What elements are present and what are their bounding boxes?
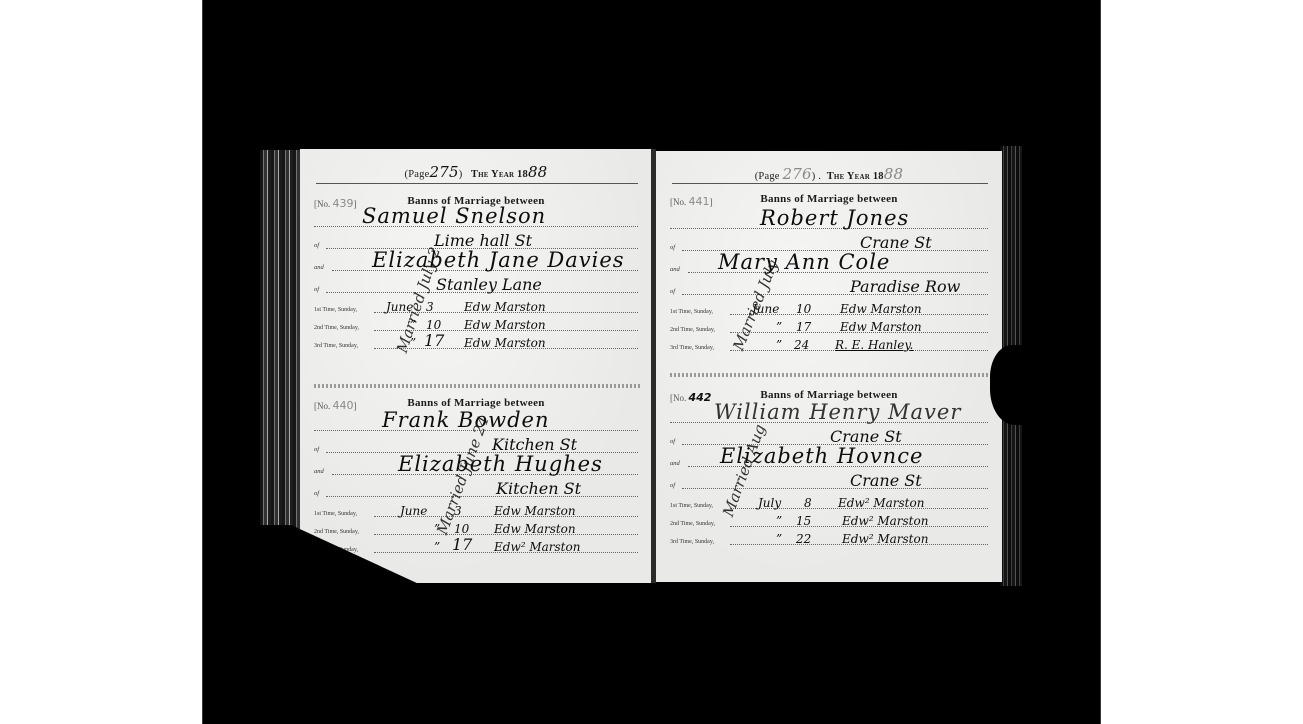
third-reading-row: 3rd Time, Sunday, ” 17 Edw Marston xyxy=(314,331,638,351)
first-reading-row: 1st Time, Sunday, June 10 Edw Marston xyxy=(670,297,988,317)
year-suffix: 88 xyxy=(884,165,904,183)
groom-row: Robert Jones xyxy=(670,211,988,231)
bride-residence-row: of Crane St xyxy=(670,471,988,491)
groom-name: Frank Bowden xyxy=(382,408,550,432)
year-label: The Year 18 xyxy=(827,171,884,182)
bride-residence-row: of Kitchen St xyxy=(314,479,638,499)
bride-row: and Elizabeth Hovnce xyxy=(670,449,988,469)
header-rule xyxy=(316,183,638,184)
header-rule xyxy=(672,183,988,184)
bride-row: and Elizabeth Jane Davies xyxy=(314,253,638,273)
thumb-occluder xyxy=(990,345,1045,425)
groom-row: Samuel Snelson xyxy=(314,209,638,229)
entry-divider xyxy=(670,373,990,377)
third-reading-row: 3rd Time, Sunday, ” 22 Edw² Marston xyxy=(670,527,988,547)
page-header: (Page 276) . The Year 1888 xyxy=(656,165,1002,183)
second-reading-row: 2nd Time, Sunday, ” 15 Edw² Marston xyxy=(670,509,988,529)
entry-divider xyxy=(314,384,640,388)
groom-name: Robert Jones xyxy=(760,206,909,230)
first-reading-row: 1st Time, Sunday, June 3 Edw Marston xyxy=(314,295,638,315)
banns-title: Banns of Marriage between xyxy=(656,193,1002,205)
third-reading-row: 3rd Time, Sunday, ” 17 Edw² Marston xyxy=(314,535,638,555)
groom-name: Samuel Snelson xyxy=(362,204,546,228)
page-number: 275 xyxy=(429,163,458,181)
bride-residence: Stanley Lane xyxy=(436,275,542,294)
second-reading-row: 2nd Time, Sunday, ” 10 Edw Marston xyxy=(314,517,638,537)
second-reading-row: 2nd Time, Sunday, ” 10 Edw Marston xyxy=(314,313,638,333)
third-reading-row: 3rd Time, Sunday, ” 24 R. E. Hanley. xyxy=(670,333,988,353)
first-reading-row: 1st Time, Sunday, June 3 Edw Marston xyxy=(314,499,638,519)
bride-name: Mary Ann Cole xyxy=(718,250,890,274)
register-page-left: (Page275) The Year 1888 [No. 439] Banns … xyxy=(300,149,652,583)
page-number: 276 xyxy=(782,165,811,183)
groom-row: William Henry Maver xyxy=(670,405,988,425)
first-reading-row: 1st Time, Sunday, July 8 Edw² Marston xyxy=(670,491,988,511)
bride-residence-row: of Stanley Lane xyxy=(314,275,638,295)
bride-name: Elizabeth Hughes xyxy=(398,452,603,476)
book-page-edges-left xyxy=(260,150,304,580)
bride-row: and Mary Ann Cole xyxy=(670,255,988,275)
bride-residence: Paradise Row xyxy=(850,277,960,296)
bride-residence: Crane St xyxy=(850,471,922,490)
bride-residence: Kitchen St xyxy=(496,479,581,498)
bride-name: Elizabeth Jane Davies xyxy=(372,248,625,272)
page-header: (Page275) The Year 1888 xyxy=(300,163,652,181)
year-label: The Year 18 xyxy=(471,169,528,180)
year-suffix: 88 xyxy=(528,163,548,181)
register-page-right: (Page 276) . The Year 1888 [No. 441] Ban… xyxy=(656,151,1002,582)
groom-name: William Henry Maver xyxy=(714,400,961,424)
second-reading-row: 2nd Time, Sunday, ” 17 Edw Marston xyxy=(670,315,988,335)
bride-residence-row: of Paradise Row xyxy=(670,277,988,297)
